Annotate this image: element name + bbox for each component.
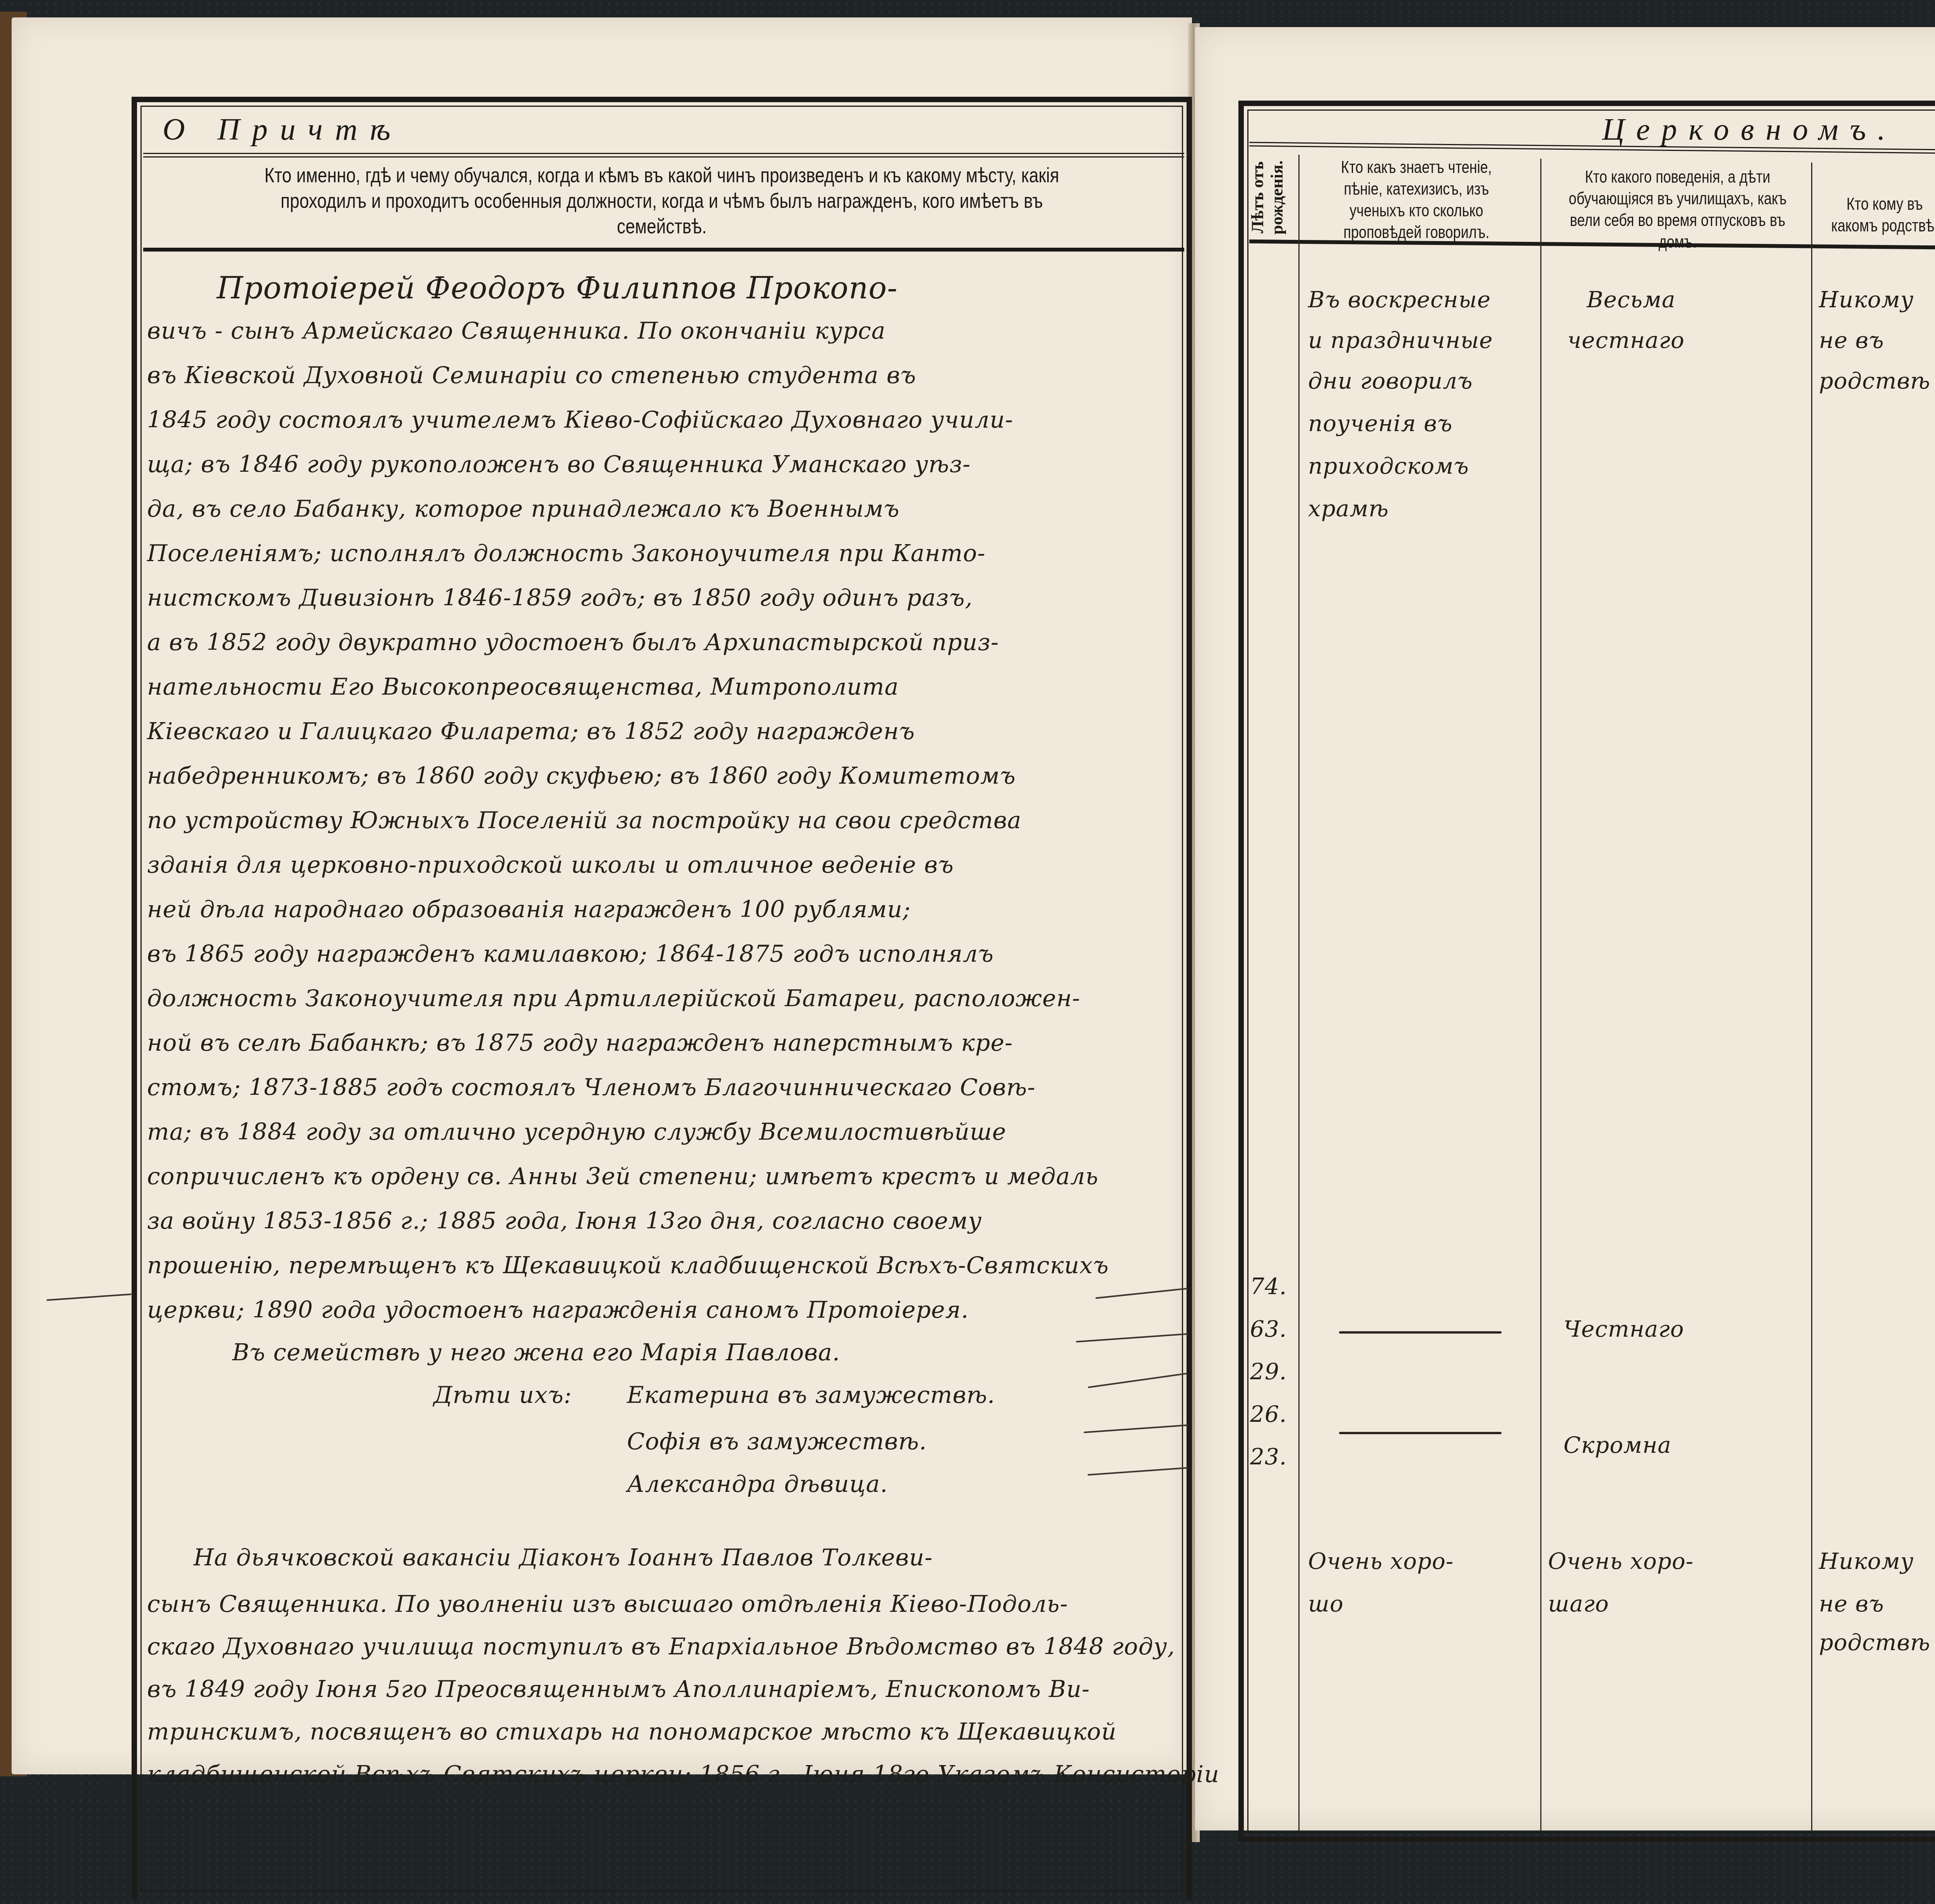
cell-age: 23. (1250, 1443, 1287, 1470)
entry-line: тринскимъ, посвященъ во стихарь на поном… (147, 1718, 1116, 1745)
right-page-frame (1238, 101, 1935, 1842)
entry-line: кладбищенской Всѣхъ-Святскихъ церкви; 18… (147, 1761, 1219, 1788)
cell-kinship: Никому (1819, 1548, 1914, 1574)
entry-line: а въ 1852 году двукратно удостоенъ былъ … (147, 629, 999, 656)
entry-line: набедренникомъ; въ 1860 году скуфьею; въ… (147, 762, 1016, 789)
left-section-title: О Причтѣ (163, 112, 403, 147)
entry-line: вичъ - сынъ Армейскаго Священника. По ок… (147, 317, 885, 344)
cell-kinship: родствѣ (1819, 368, 1930, 394)
header-rule (143, 153, 1184, 158)
entry-line: церкви; 1890 года удостоенъ награжденія … (147, 1296, 969, 1324)
column-header-age: Лѣтъ отъ рожденія. (1248, 155, 1295, 240)
entry-line: Поселеніямъ; исполнялъ должность Законоу… (147, 540, 986, 567)
child-name: Александра дѣвица. (627, 1471, 888, 1498)
cell-reading-dash (1339, 1432, 1502, 1434)
child-name: Софія въ замужествѣ. (627, 1428, 927, 1455)
entry-line: та; въ 1884 году за отлично усердную слу… (147, 1118, 1006, 1145)
column-divider (1540, 159, 1541, 1830)
cell-behavior: Скромна (1563, 1432, 1671, 1458)
entry-line: въ 1865 году награжденъ камилавкою; 1864… (147, 940, 994, 967)
cell-kinship: родствѣ (1819, 1629, 1930, 1656)
entry-line: да, въ село Бабанку, которое принадлежал… (147, 495, 899, 522)
column-header-reading: Кто какъ знаетъ чтеніе, пѣніе, катехизис… (1321, 157, 1512, 243)
column-divider (1298, 155, 1300, 1830)
entry-line: по устройству Южныхъ Поселеній за постро… (147, 807, 1022, 834)
cell-behavior: Весьма (1587, 286, 1676, 313)
entry-line: 1845 году состоялъ учителемъ Кіево-Софій… (147, 406, 1013, 433)
entry-line: скаго Духовнаго училища поступилъ въ Епа… (147, 1633, 1175, 1660)
cell-reading: дни говорилъ (1308, 368, 1473, 394)
column-header-behavior: Кто какого поведенія, а дѣти обучающіяся… (1568, 166, 1787, 253)
cell-age: 74. (1250, 1273, 1287, 1300)
entry-line: ща; въ 1846 году рукоположенъ во Священн… (147, 451, 971, 478)
cell-kinship: не въ (1819, 327, 1884, 353)
family-intro: Въ семействѣ у него жена его Марія Павло… (232, 1339, 840, 1366)
entry-line: зданія для церковно-приходской школы и о… (147, 851, 954, 878)
entry-line: нистскомъ Дивизіонѣ 1846-1859 годъ; въ 1… (147, 584, 973, 611)
cell-behavior: честнаго (1567, 327, 1685, 353)
entry-line: нательности Его Высокопреосвященства, Ми… (147, 673, 899, 700)
entry-line: въ 1849 году Іюня 5го Преосвященнымъ Апо… (147, 1676, 1090, 1703)
cell-age: 63. (1250, 1316, 1287, 1342)
left-column-header: Кто именно, гдѣ и чему обучался, когда и… (246, 163, 1077, 239)
right-section-title: Церковномъ. (1602, 112, 1897, 147)
cell-reading: поученія въ (1308, 410, 1452, 437)
cell-reading: и праздничные (1308, 327, 1493, 353)
entry-line: сопричисленъ къ ордену св. Анны 3ей степ… (147, 1163, 1098, 1190)
cell-behavior: шаго (1548, 1591, 1609, 1617)
child-name: Екатерина въ замужествѣ. (627, 1382, 995, 1409)
cell-age: 29. (1250, 1358, 1287, 1385)
entry-line: Кіевскаго и Галицкаго Филарета; въ 1852 … (147, 718, 915, 745)
children-label: Дѣти ихъ: (433, 1382, 572, 1409)
entry-line: стомъ; 1873-1885 годъ состоялъ Членомъ Б… (147, 1074, 1036, 1101)
column-header-kinship: Кто кому въ какомъ родствѣ. (1824, 193, 1935, 237)
entry-line: должность Законоучителя при Артиллерійск… (147, 985, 1081, 1012)
cell-kinship: не въ (1819, 1591, 1884, 1617)
cell-reading: Въ воскресные (1308, 286, 1491, 313)
entry-line: ней дѣла народнаго образованія награжден… (147, 896, 911, 923)
entry-line: ной въ селѣ Бабанкѣ; въ 1875 году награж… (147, 1029, 1013, 1056)
cell-reading-dash (1339, 1331, 1502, 1334)
cell-reading: шо (1308, 1591, 1344, 1617)
entry-line: въ Кіевской Духовной Семинаріи со степен… (147, 362, 916, 389)
cell-behavior: Очень хоро- (1548, 1548, 1694, 1574)
cell-reading: Очень хоро- (1308, 1548, 1454, 1574)
cell-reading: приходскомъ (1308, 453, 1469, 479)
entry-line: прошенію, перемѣщенъ къ Щекавицкой кладб… (147, 1252, 1109, 1279)
entry-line: за войну 1853-1856 г.; 1885 года, Іюня 1… (147, 1207, 982, 1235)
entry-line: сынъ Священника. По уволненіи изъ высшаг… (147, 1591, 1068, 1618)
header-rule-thick (143, 248, 1184, 252)
cell-kinship: Никому (1819, 286, 1914, 313)
entry-line: На дьячковской вакансіи Діаконъ Іоаннъ П… (193, 1544, 933, 1571)
column-divider (1811, 163, 1812, 1830)
entry-line: Протоіерей Феодоръ Филиппов Прокопо- (217, 271, 898, 306)
cell-age: 26. (1250, 1401, 1287, 1427)
cell-reading: храмѣ (1308, 495, 1389, 522)
cell-behavior: Честнаго (1563, 1316, 1684, 1342)
